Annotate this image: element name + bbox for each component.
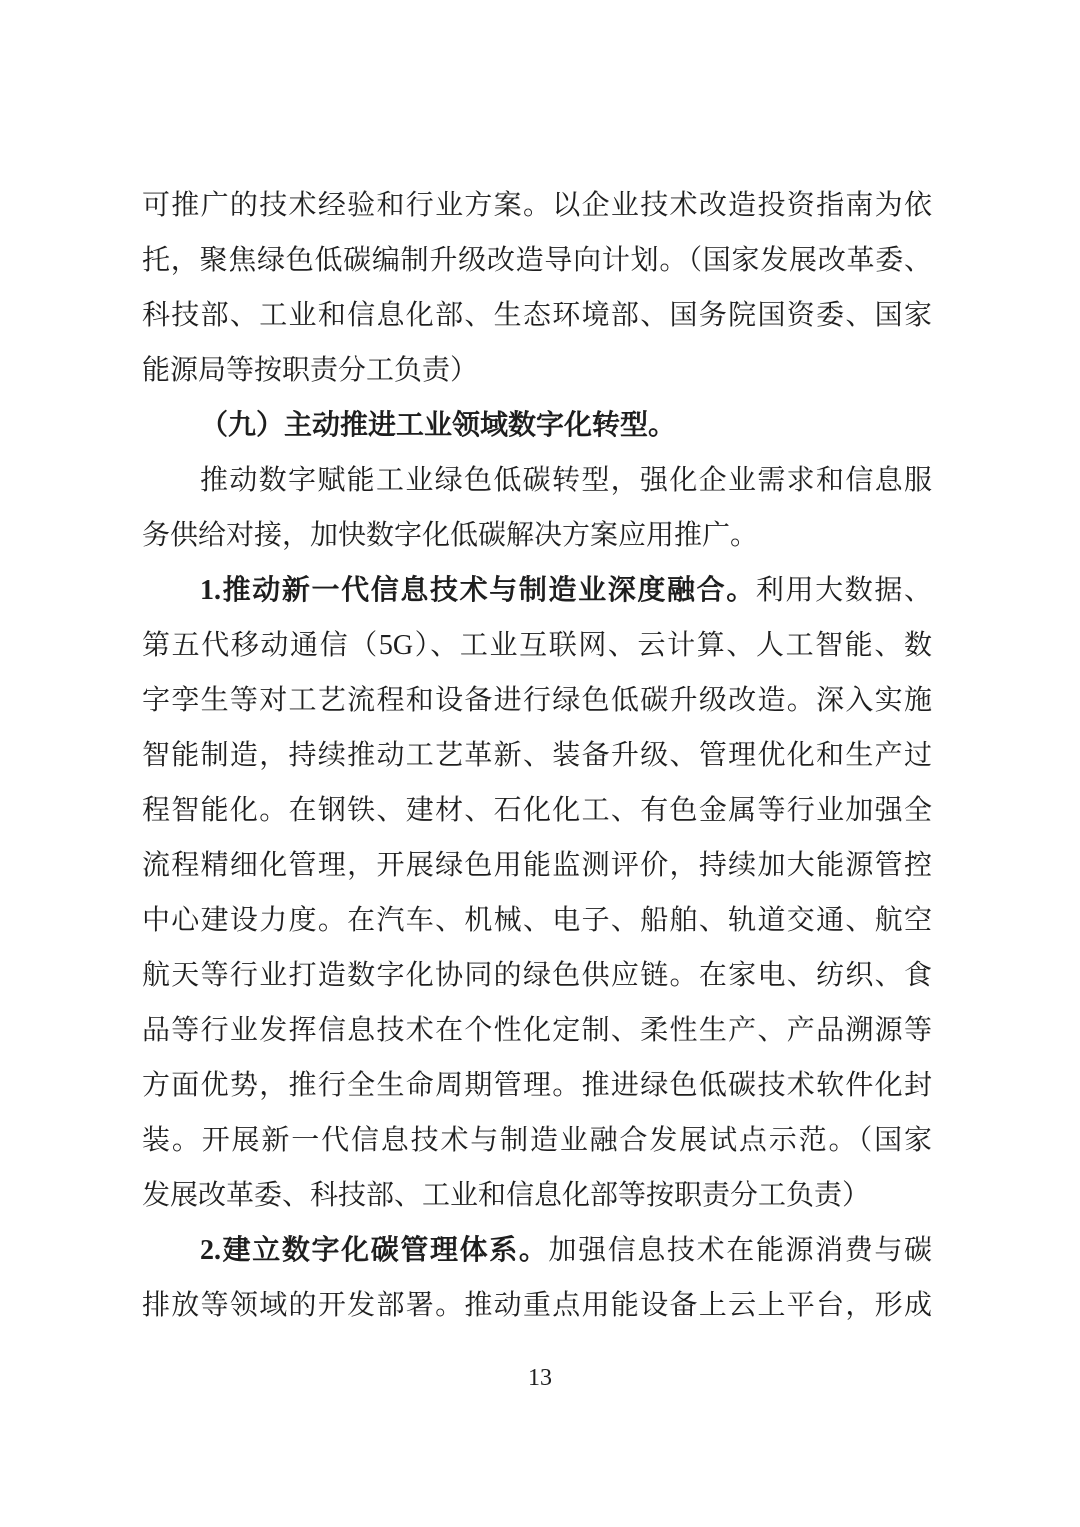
text-line: 品等行业发挥信息技术在个性化定制、柔性生产、产品溯源等 <box>142 1003 932 1058</box>
text-line: 推动数字赋能工业绿色低碳转型，强化企业需求和信息服 <box>142 453 932 508</box>
text-line: 方面优势，推行全生命周期管理。推进绿色低碳技术软件化封 <box>142 1058 932 1113</box>
text-line: 排放等领域的开发部署。推动重点用能设备上云上平台，形成 <box>142 1278 932 1333</box>
text-segment: 加强信息技术在能源消费与碳 <box>549 1235 933 1266</box>
text-line: 智能制造，持续推动工艺革新、装备升级、管理优化和生产过 <box>142 728 932 783</box>
text-line: 字孪生等对工艺流程和设备进行绿色低碳升级改造。深入实施 <box>142 673 932 728</box>
text-line: 务供给对接，加快数字化低碳解决方案应用推广。 <box>142 508 932 563</box>
text-line: 1.推动新一代信息技术与制造业深度融合。利用大数据、 <box>142 563 932 618</box>
section-heading: （九）主动推进工业领域数字化转型。 <box>142 398 932 453</box>
text-line: 发展改革委、科技部、工业和信息化部等按职责分工负责） <box>142 1168 932 1223</box>
text-line: 科技部、工业和信息化部、生态环境部、国务院国资委、国家 <box>142 288 932 343</box>
text-line: 中心建设力度。在汽车、机械、电子、船舶、轨道交通、航空 <box>142 893 932 948</box>
text-line: 航天等行业打造数字化协同的绿色供应链。在家电、纺织、食 <box>142 948 932 1003</box>
document-body-text: 可推广的技术经验和行业方案。以企业技术改造投资指南为依 托，聚焦绿色低碳编制升级… <box>142 178 932 1333</box>
text-line: 可推广的技术经验和行业方案。以企业技术改造投资指南为依 <box>142 178 932 233</box>
text-line: 程智能化。在钢铁、建材、石化化工、有色金属等行业加强全 <box>142 783 932 838</box>
page-number: 13 <box>0 1363 1080 1393</box>
item-heading: 1.推动新一代信息技术与制造业深度融合。 <box>200 575 756 606</box>
text-line: 装。开展新一代信息技术与制造业融合发展试点示范。（国家 <box>142 1113 932 1168</box>
text-line: 托，聚焦绿色低碳编制升级改造导向计划。（国家发展改革委、 <box>142 233 932 288</box>
document-page: 可推广的技术经验和行业方案。以企业技术改造投资指南为依 托，聚焦绿色低碳编制升级… <box>0 0 1080 1527</box>
text-line: 能源局等按职责分工负责） <box>142 343 932 398</box>
text-line: 第五代移动通信（5G）、工业互联网、云计算、人工智能、数 <box>142 618 932 673</box>
text-line: 2.建立数字化碳管理体系。加强信息技术在能源消费与碳 <box>142 1223 932 1278</box>
item-heading: 2.建立数字化碳管理体系。 <box>200 1235 549 1266</box>
text-line: 流程精细化管理，开展绿色用能监测评价，持续加大能源管控 <box>142 838 932 893</box>
text-segment: 利用大数据、 <box>756 575 932 606</box>
